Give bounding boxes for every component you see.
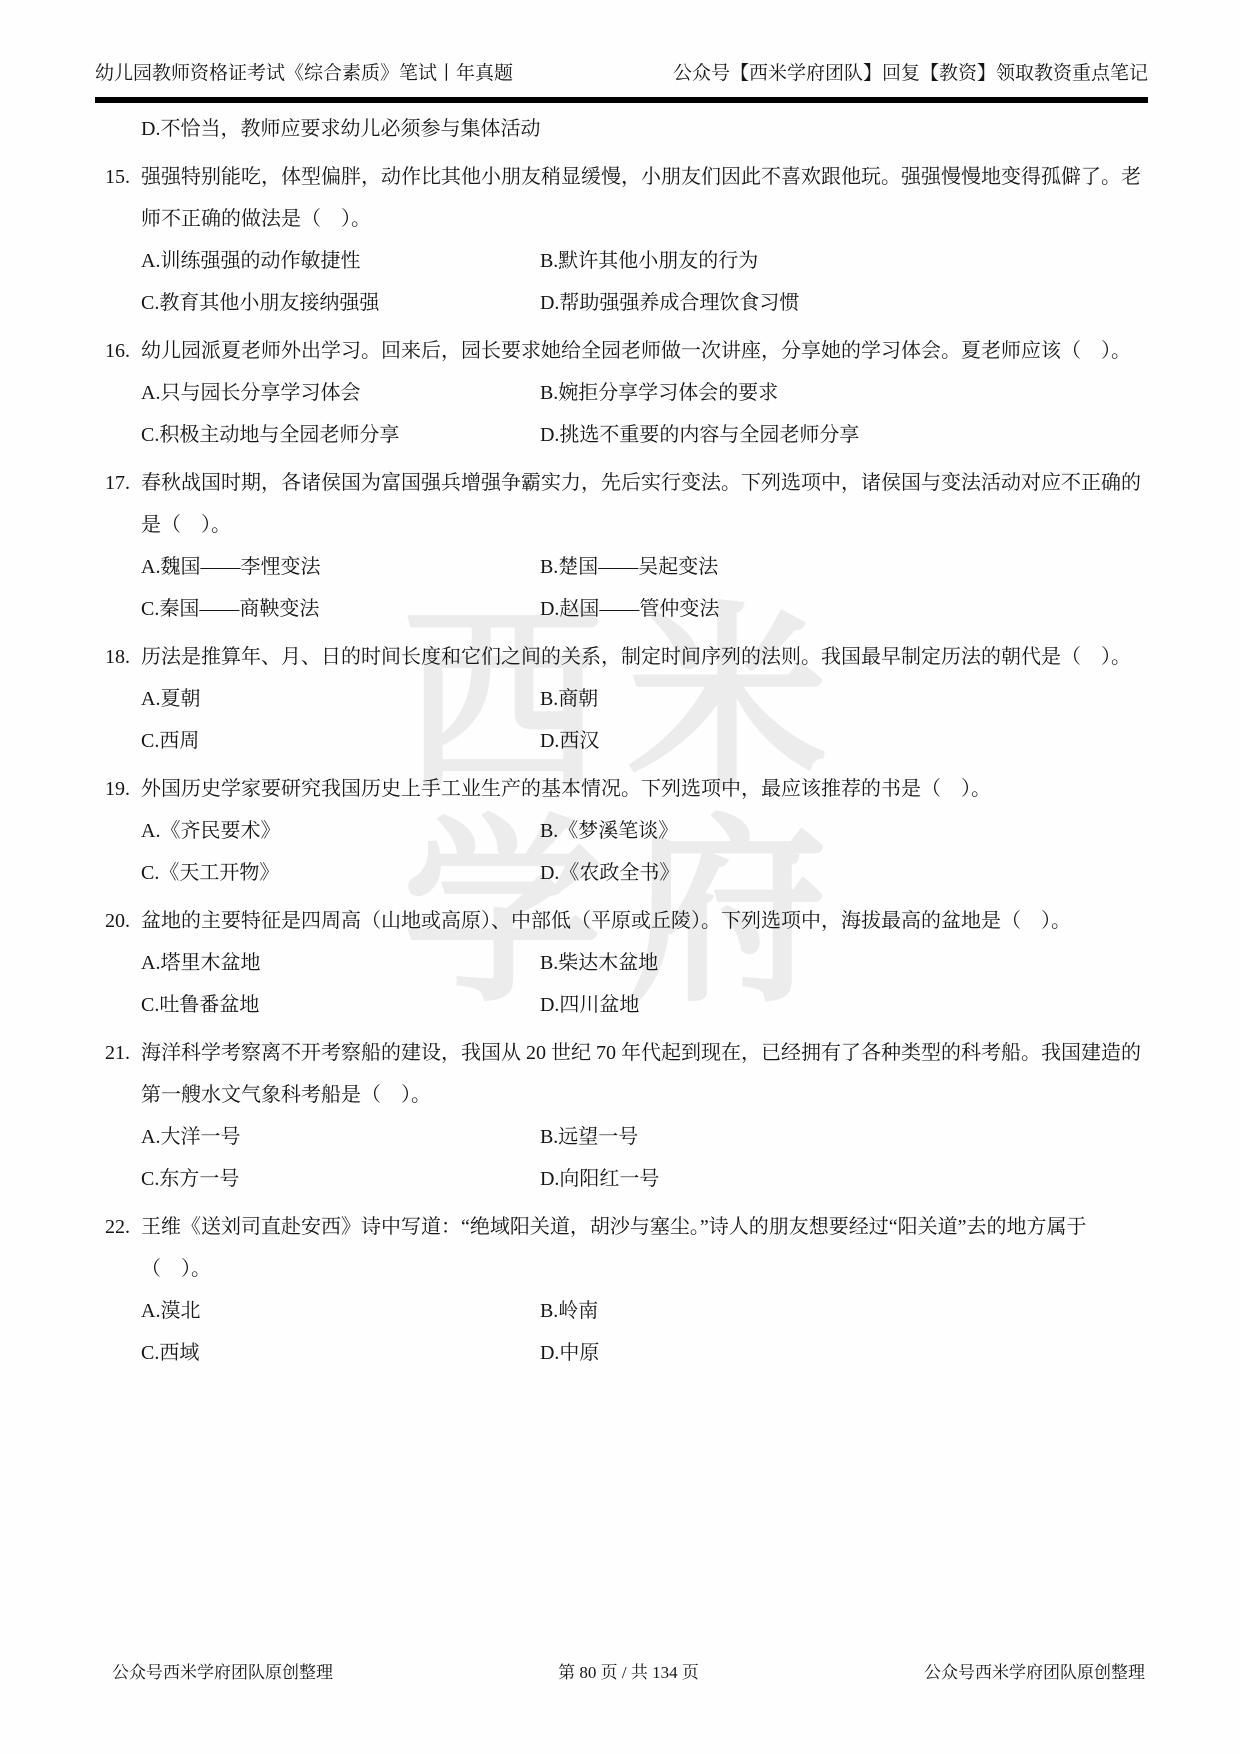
page-header: 幼儿园教师资格证考试《综合素质》笔试丨年真题 公众号【西米学府团队】回复【教资】… bbox=[95, 58, 1148, 85]
options: A.塔里木盆地 B.柴达木盆地 C.吐鲁番盆地 D.四川盆地 bbox=[105, 942, 1151, 1026]
question-16: 16. 幼儿园派夏老师外出学习。回来后，园长要求她给全园老师做一次讲座，分享她的… bbox=[105, 330, 1151, 456]
option-b: B.柴达木盆地 bbox=[540, 942, 1151, 984]
question-15: 15. 强强特别能吃，体型偏胖，动作比其他小朋友稍显缓慢，小朋友们因此不喜欢跟他… bbox=[105, 156, 1151, 324]
option-d: D.西汉 bbox=[540, 720, 1151, 762]
question-number: 22. bbox=[105, 1206, 141, 1290]
option-b: B.远望一号 bbox=[540, 1116, 1151, 1158]
option-d: D.四川盆地 bbox=[540, 984, 1151, 1026]
option-c: C.教育其他小朋友接纳强强 bbox=[141, 282, 540, 324]
options: A.《齐民要术》 B.《梦溪笔谈》 C.《天工开物》 D.《农政全书》 bbox=[105, 810, 1151, 894]
option-b: B.楚国——吴起变法 bbox=[540, 546, 1151, 588]
question-19: 19. 外国历史学家要研究我国历史上手工业生产的基本情况。下列选项中，最应该推荐… bbox=[105, 768, 1151, 894]
question-text: 海洋科学考察离不开考察船的建设，我国从 20 世纪 70 年代起到现在，已经拥有… bbox=[141, 1032, 1151, 1116]
question-text: 强强特别能吃，体型偏胖，动作比其他小朋友稍显缓慢，小朋友们因此不喜欢跟他玩。强强… bbox=[141, 156, 1151, 240]
question-text: 幼儿园派夏老师外出学习。回来后，园长要求她给全园老师做一次讲座，分享她的学习体会… bbox=[141, 330, 1151, 372]
option-b: B.岭南 bbox=[540, 1290, 1151, 1332]
exam-page: 幼儿园教师资格证考试《综合素质》笔试丨年真题 公众号【西米学府团队】回复【教资】… bbox=[0, 0, 1240, 1754]
question-text: 外国历史学家要研究我国历史上手工业生产的基本情况。下列选项中，最应该推荐的书是（… bbox=[141, 768, 1151, 810]
option-a: A.《齐民要术》 bbox=[141, 810, 540, 852]
question-number: 15. bbox=[105, 156, 141, 240]
option-c: C.积极主动地与全园老师分享 bbox=[141, 414, 540, 456]
option-d: D.向阳红一号 bbox=[540, 1158, 1151, 1200]
question-number: 16. bbox=[105, 330, 141, 372]
prev-question-option-d: D.不恰当，教师应要求幼儿必须参与集体活动 bbox=[105, 108, 1151, 150]
option-d: D.中原 bbox=[540, 1332, 1151, 1374]
question-number: 17. bbox=[105, 462, 141, 546]
header-note: 公众号【西米学府团队】回复【教资】领取教资重点笔记 bbox=[673, 58, 1148, 85]
question-number: 21. bbox=[105, 1032, 141, 1116]
question-number: 20. bbox=[105, 900, 141, 942]
option-c: C.西域 bbox=[141, 1332, 540, 1374]
options: A.漠北 B.岭南 C.西域 D.中原 bbox=[105, 1290, 1151, 1374]
question-number: 18. bbox=[105, 636, 141, 678]
option-b: B.《梦溪笔谈》 bbox=[540, 810, 1151, 852]
question-text: 王维《送刘司直赴安西》诗中写道：“绝域阳关道，胡沙与塞尘。”诗人的朋友想要经过“… bbox=[141, 1206, 1151, 1290]
question-22: 22. 王维《送刘司直赴安西》诗中写道：“绝域阳关道，胡沙与塞尘。”诗人的朋友想… bbox=[105, 1206, 1151, 1374]
options: A.只与园长分享学习体会 B.婉拒分享学习体会的要求 C.积极主动地与全园老师分… bbox=[105, 372, 1151, 456]
option-c: C.西周 bbox=[141, 720, 540, 762]
option-d: D.挑选不重要的内容与全园老师分享 bbox=[540, 414, 1151, 456]
question-17: 17. 春秋战国时期，各诸侯国为富国强兵增强争霸实力，先后实行变法。下列选项中，… bbox=[105, 462, 1151, 630]
page-footer: 公众号西米学府团队原创整理 第 80 页 / 共 134 页 公众号西米学府团队… bbox=[112, 1658, 1145, 1683]
options: A.夏朝 B.商朝 C.西周 D.西汉 bbox=[105, 678, 1151, 762]
option-a: A.夏朝 bbox=[141, 678, 540, 720]
question-text: 盆地的主要特征是四周高（山地或高原）、中部低（平原或丘陵）。下列选项中，海拔最高… bbox=[141, 900, 1151, 942]
question-18: 18. 历法是推算年、月、日的时间长度和它们之间的关系，制定时间序列的法则。我国… bbox=[105, 636, 1151, 762]
footer-page-number: 第 80 页 / 共 134 页 bbox=[558, 1658, 699, 1683]
option-d: D.赵国——管仲变法 bbox=[540, 588, 1151, 630]
option-b: B.婉拒分享学习体会的要求 bbox=[540, 372, 1151, 414]
option-d: D.《农政全书》 bbox=[540, 852, 1151, 894]
option-a: A.训练强强的动作敏捷性 bbox=[141, 240, 540, 282]
footer-right: 公众号西米学府团队原创整理 bbox=[924, 1658, 1145, 1683]
option-d: D.帮助强强养成合理饮食习惯 bbox=[540, 282, 1151, 324]
options: A.魏国——李悝变法 B.楚国——吴起变法 C.秦国——商鞅变法 D.赵国——管… bbox=[105, 546, 1151, 630]
footer-left: 公众号西米学府团队原创整理 bbox=[112, 1658, 333, 1683]
question-20: 20. 盆地的主要特征是四周高（山地或高原）、中部低（平原或丘陵）。下列选项中，… bbox=[105, 900, 1151, 1026]
option-c: C.秦国——商鞅变法 bbox=[141, 588, 540, 630]
option-a: A.漠北 bbox=[141, 1290, 540, 1332]
option-a: A.大洋一号 bbox=[141, 1116, 540, 1158]
option-b: B.默许其他小朋友的行为 bbox=[540, 240, 1151, 282]
option-a: A.魏国——李悝变法 bbox=[141, 546, 540, 588]
header-divider bbox=[95, 97, 1148, 103]
question-21: 21. 海洋科学考察离不开考察船的建设，我国从 20 世纪 70 年代起到现在，… bbox=[105, 1032, 1151, 1200]
option-b: B.商朝 bbox=[540, 678, 1151, 720]
options: A.大洋一号 B.远望一号 C.东方一号 D.向阳红一号 bbox=[105, 1116, 1151, 1200]
option-c: C.东方一号 bbox=[141, 1158, 540, 1200]
option-c: C.《天工开物》 bbox=[141, 852, 540, 894]
question-text: 春秋战国时期，各诸侯国为富国强兵增强争霸实力，先后实行变法。下列选项中，诸侯国与… bbox=[141, 462, 1151, 546]
option-c: C.吐鲁番盆地 bbox=[141, 984, 540, 1026]
question-number: 19. bbox=[105, 768, 141, 810]
questions-area: D.不恰当，教师应要求幼儿必须参与集体活动 15. 强强特别能吃，体型偏胖，动作… bbox=[105, 106, 1151, 1374]
option-a: A.塔里木盆地 bbox=[141, 942, 540, 984]
header-title: 幼儿园教师资格证考试《综合素质》笔试丨年真题 bbox=[95, 58, 513, 85]
option-a: A.只与园长分享学习体会 bbox=[141, 372, 540, 414]
options: A.训练强强的动作敏捷性 B.默许其他小朋友的行为 C.教育其他小朋友接纳强强 … bbox=[105, 240, 1151, 324]
question-text: 历法是推算年、月、日的时间长度和它们之间的关系，制定时间序列的法则。我国最早制定… bbox=[141, 636, 1151, 678]
